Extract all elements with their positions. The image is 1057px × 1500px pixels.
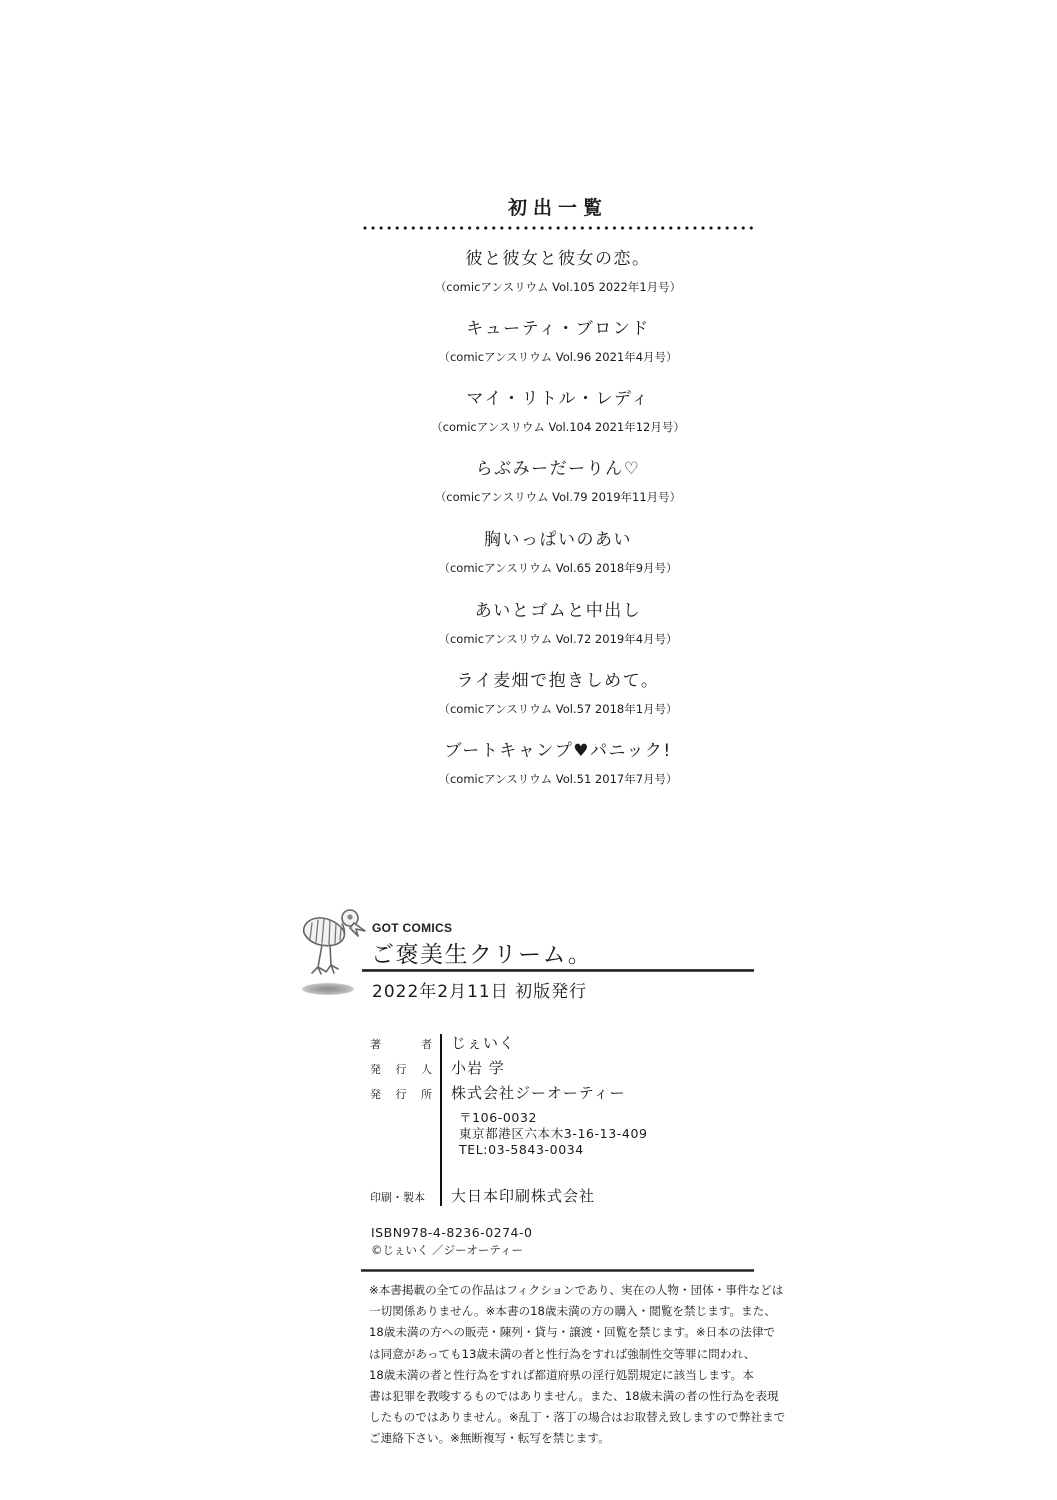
list-item: マイ・リトル・レディ （comicアンスリウム Vol.104 2021年12月… <box>361 388 755 434</box>
isbn: ISBN978-4-8236-0274-0 <box>371 1225 532 1240</box>
list-item: ライ麦畑で抱きしめて。 （comicアンスリウム Vol.57 2018年1月号… <box>361 670 755 716</box>
list-item: キューティ・ブロンド （comicアンスリウム Vol.96 2021年4月号） <box>361 318 755 364</box>
story-source: （comicアンスリウム Vol.104 2021年12月号） <box>361 420 755 434</box>
publication-date: 2022年2月11日 初版発行 <box>372 977 587 1002</box>
list-item: 胸いっぱいのあい （comicアンスリウム Vol.65 2018年9月号） <box>361 529 755 575</box>
publisher-label: 発 行 人 <box>370 1061 432 1077</box>
story-title: らぶみーだーりん♡ <box>361 458 755 480</box>
list-item: ブートキャンプ♥パニック! （comicアンスリウム Vol.51 2017年7… <box>361 740 755 786</box>
disclaimer-line: 18歳未満の者と性行為をすれば都道府県の淫行処罰規定に該当します。本 <box>369 1365 769 1386</box>
publishing-house-name: 株式会社ジーオーティー <box>451 1082 626 1103</box>
credits-divider <box>440 1034 442 1206</box>
bird-logo-icon <box>298 907 366 977</box>
disclaimer-line: ※本書掲載の全ての作品はフィクションであり、実在の人物・団体・事件などは <box>369 1280 769 1301</box>
story-title: 胸いっぱいのあい <box>361 529 755 551</box>
telephone: TEL:03-5843-0034 <box>459 1142 584 1158</box>
title-divider <box>362 969 754 972</box>
disclaimer-line: は同意があっても13歳未満の者と性行為をすれば強制性交等罪に問われ、 <box>369 1344 769 1365</box>
list-item: 彼と彼女と彼女の恋。 （comicアンスリウム Vol.105 2022年1月号… <box>361 248 755 294</box>
story-title: キューティ・ブロンド <box>361 318 755 340</box>
disclaimer-line: 書は犯罪を教唆するものではありません。また、18歳未満の者の性行為を表現 <box>369 1386 769 1407</box>
story-source: （comicアンスリウム Vol.96 2021年4月号） <box>361 350 755 364</box>
story-title: マイ・リトル・レディ <box>361 388 755 410</box>
legal-disclaimer: ※本書掲載の全ての作品はフィクションであり、実在の人物・団体・事件などは 一切関… <box>369 1280 769 1450</box>
first-appearance-heading: 初出一覧 <box>361 193 755 220</box>
story-source: （comicアンスリウム Vol.65 2018年9月号） <box>361 561 755 575</box>
printer-label: 印刷・製本 <box>370 1189 432 1205</box>
label-char: 著 <box>370 1036 381 1052</box>
label-char: 発 <box>370 1061 381 1077</box>
street-address: 東京都港区六本木3-16-13-409 <box>459 1126 648 1142</box>
disclaimer-line: ご連絡下さい。※無断複写・転写を禁じます。 <box>369 1428 769 1449</box>
disclaimer-line: したものではありません。※乱丁・落丁の場合はお取替え致しますので弊社まで <box>369 1407 769 1428</box>
label-char: 人 <box>421 1061 432 1077</box>
logo-shadow <box>302 983 354 995</box>
list-item: あいとゴムと中出し （comicアンスリウム Vol.72 2019年4月号） <box>361 600 755 646</box>
story-source: （comicアンスリウム Vol.79 2019年11月号） <box>361 490 755 504</box>
label-char: 行 <box>396 1086 407 1102</box>
label-char: 者 <box>421 1036 432 1052</box>
story-source: （comicアンスリウム Vol.57 2018年1月号） <box>361 702 755 716</box>
printer-name: 大日本印刷株式会社 <box>451 1185 595 1206</box>
story-source: （comicアンスリウム Vol.51 2017年7月号） <box>361 772 755 786</box>
publishing-house-label: 発 行 所 <box>370 1086 432 1102</box>
postal-code: 〒106-0032 <box>459 1110 537 1126</box>
disclaimer-line: 一切関係ありません。※本書の18歳未満の方の購入・閲覧を禁じます。また、 <box>369 1301 769 1322</box>
story-title: 彼と彼女と彼女の恋。 <box>361 248 755 270</box>
label-char: 行 <box>396 1061 407 1077</box>
story-title: ブートキャンプ♥パニック! <box>361 740 755 762</box>
imprint-label: GOT COMICS <box>372 921 452 935</box>
story-source: （comicアンスリウム Vol.72 2019年4月号） <box>361 632 755 646</box>
list-item: らぶみーだーりん♡ （comicアンスリウム Vol.79 2019年11月号） <box>361 458 755 504</box>
author-label: 著 者 <box>370 1036 432 1052</box>
story-title: ライ麦畑で抱きしめて。 <box>361 670 755 692</box>
book-title: ご褒美生クリーム。 <box>371 936 592 969</box>
story-title: あいとゴムと中出し <box>361 600 755 622</box>
disclaimer-divider <box>361 1269 754 1272</box>
publisher-name: 小岩 学 <box>451 1057 505 1078</box>
copyright-notice: ©じぇいく ／ジーオーティー <box>371 1242 523 1258</box>
dotted-divider <box>361 226 755 230</box>
story-source: （comicアンスリウム Vol.105 2022年1月号） <box>361 280 755 294</box>
label-char: 発 <box>370 1086 381 1102</box>
author-name: じぇいく <box>451 1032 515 1053</box>
disclaimer-line: 18歳未満の方への販売・陳列・貸与・譲渡・回覧を禁じます。※日本の法律で <box>369 1322 769 1343</box>
label-char: 所 <box>421 1086 432 1102</box>
